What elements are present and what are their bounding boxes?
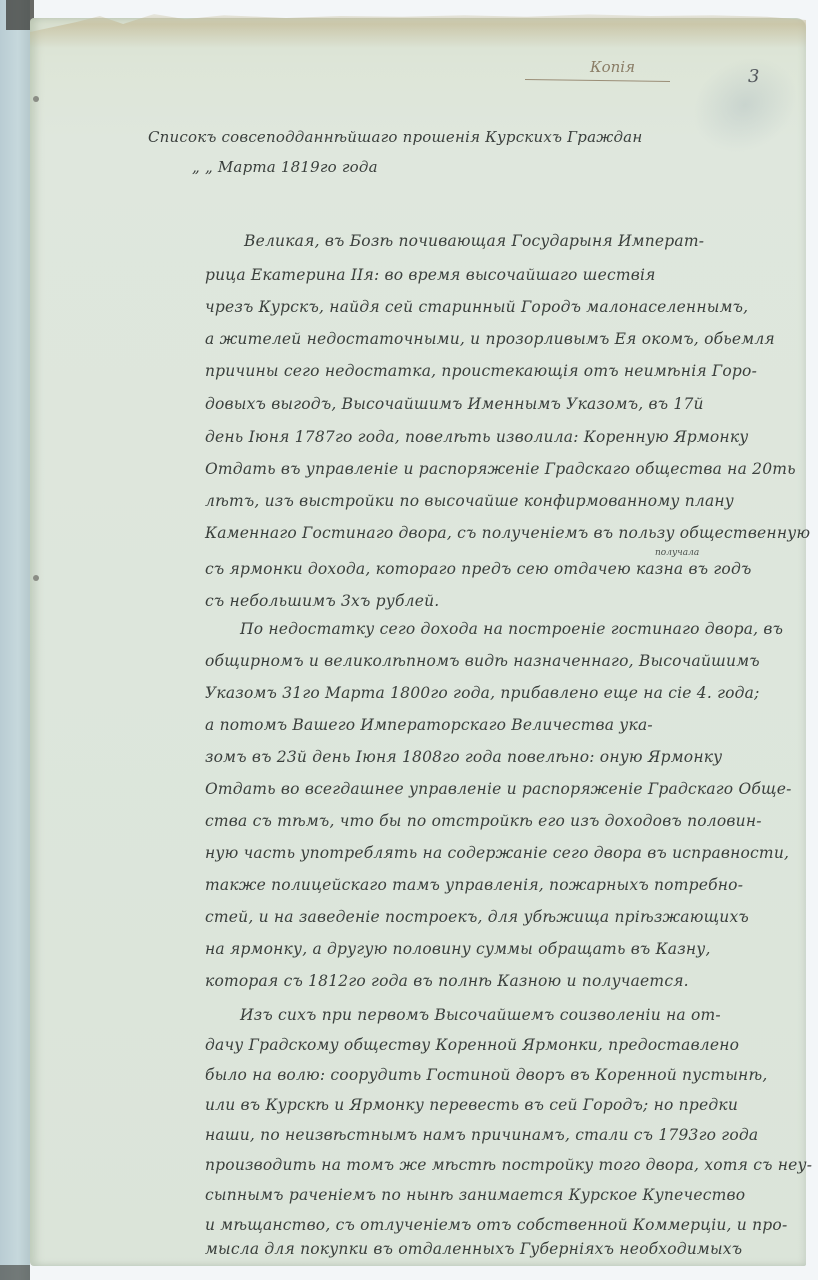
paragraph-2-line: которая съ 1812го года въ полнѣ Казною и… (205, 972, 689, 990)
paragraph-2-line: Указомъ 31го Марта 1800го года, прибавле… (205, 684, 760, 702)
folio-number: 3 (748, 66, 759, 87)
title-line-2: „ „ Марта 1819го года (192, 158, 378, 176)
paragraph-2-line: стей, и на заведеніе построекъ, для убѣж… (205, 908, 749, 926)
paragraph-3-line: мысла для покупки въ отдаленныхъ Губерні… (205, 1240, 742, 1258)
paragraph-1-line: причины сего недостатка, проистекающія о… (205, 362, 757, 380)
paragraph-3-line: Изъ сихъ при первомъ Высочайшемъ соизвол… (240, 1006, 721, 1024)
paragraph-1-line: съ ярмонки дохода, котораго предъ сею от… (205, 560, 752, 578)
paragraph-2-line: на ярмонку, а другую половину суммы обра… (205, 940, 711, 958)
paragraph-2-line: зомъ въ 23й день Іюня 1808го года повелѣ… (205, 748, 722, 766)
paragraph-1-line: а жителей недостаточными, и прозорливымъ… (205, 330, 775, 348)
paragraph-3-line: сыпнымъ раченіемъ по нынѣ занимается Кур… (205, 1186, 745, 1204)
interlinear-insertion: получала (655, 548, 699, 558)
paragraph-3-line: или въ Курскѣ и Ярмонку перевесть въ сей… (205, 1096, 738, 1114)
paragraph-2-line: ную часть употреблять на содержаніе сего… (205, 844, 789, 862)
paragraph-2-line: Отдать во всегдашнее управленіе и распор… (205, 780, 792, 798)
paragraph-1-line: лѣтъ, изъ выстройки по высочайше конфирм… (205, 492, 734, 510)
paragraph-2-line: также полицейскаго тамъ управленія, пожа… (205, 876, 743, 894)
paragraph-2-line: а потомъ Вашего Императорскаго Величеств… (205, 716, 653, 734)
paragraph-3-line: производить на томъ же мѣстѣ постройку т… (205, 1156, 812, 1174)
paragraph-1-line: день Іюня 1787го года, повелѣть изволила… (205, 428, 748, 446)
paragraph-1-line: Великая, въ Бозѣ почивающая Государыня И… (244, 232, 704, 250)
paragraph-3-line: дачу Градскому обществу Коренной Ярмонки… (205, 1036, 739, 1054)
manuscript-text: Копія 3 Списокъ совсеподданнѣйшаго проше… (0, 0, 818, 1280)
paragraph-1-line: съ небольшимъ 3хъ рублей. (205, 592, 439, 610)
paragraph-2-line: ства съ тѣмъ, что бы по отстройкѣ его из… (205, 812, 762, 830)
paragraph-1-line: рица Екатерина IIя: во время высочайшаго… (205, 266, 656, 284)
paragraph-1-line: Отдать въ управленіе и распоряженіе Град… (205, 460, 796, 478)
paragraph-3-line: было на волю: соорудить Гостиной дворъ в… (205, 1066, 767, 1084)
paragraph-2-line: По недостатку сего дохода на построеніе … (240, 620, 783, 638)
archive-note-underline (525, 79, 670, 82)
paragraph-3-line: и мѣщанство, съ отлученіемъ отъ собствен… (205, 1216, 787, 1234)
archive-copy-note: Копія (590, 58, 635, 76)
paragraph-2-line: общирномъ и великолѣпномъ видѣ назначенн… (205, 652, 760, 670)
paragraph-3-line: наши, по неизвѣстнымъ намъ причинамъ, ст… (205, 1126, 758, 1144)
paragraph-1-line: довыхъ выгодъ, Высочайшимъ Именнымъ Указ… (205, 395, 704, 413)
paragraph-1-line: чрезъ Курскъ, найдя сей старинный Городъ… (205, 298, 748, 316)
paragraph-1-line: Каменнаго Гостинаго двора, съ полученіем… (205, 524, 810, 542)
title-line-1: Списокъ совсеподданнѣйшаго прошенія Курс… (148, 128, 642, 146)
